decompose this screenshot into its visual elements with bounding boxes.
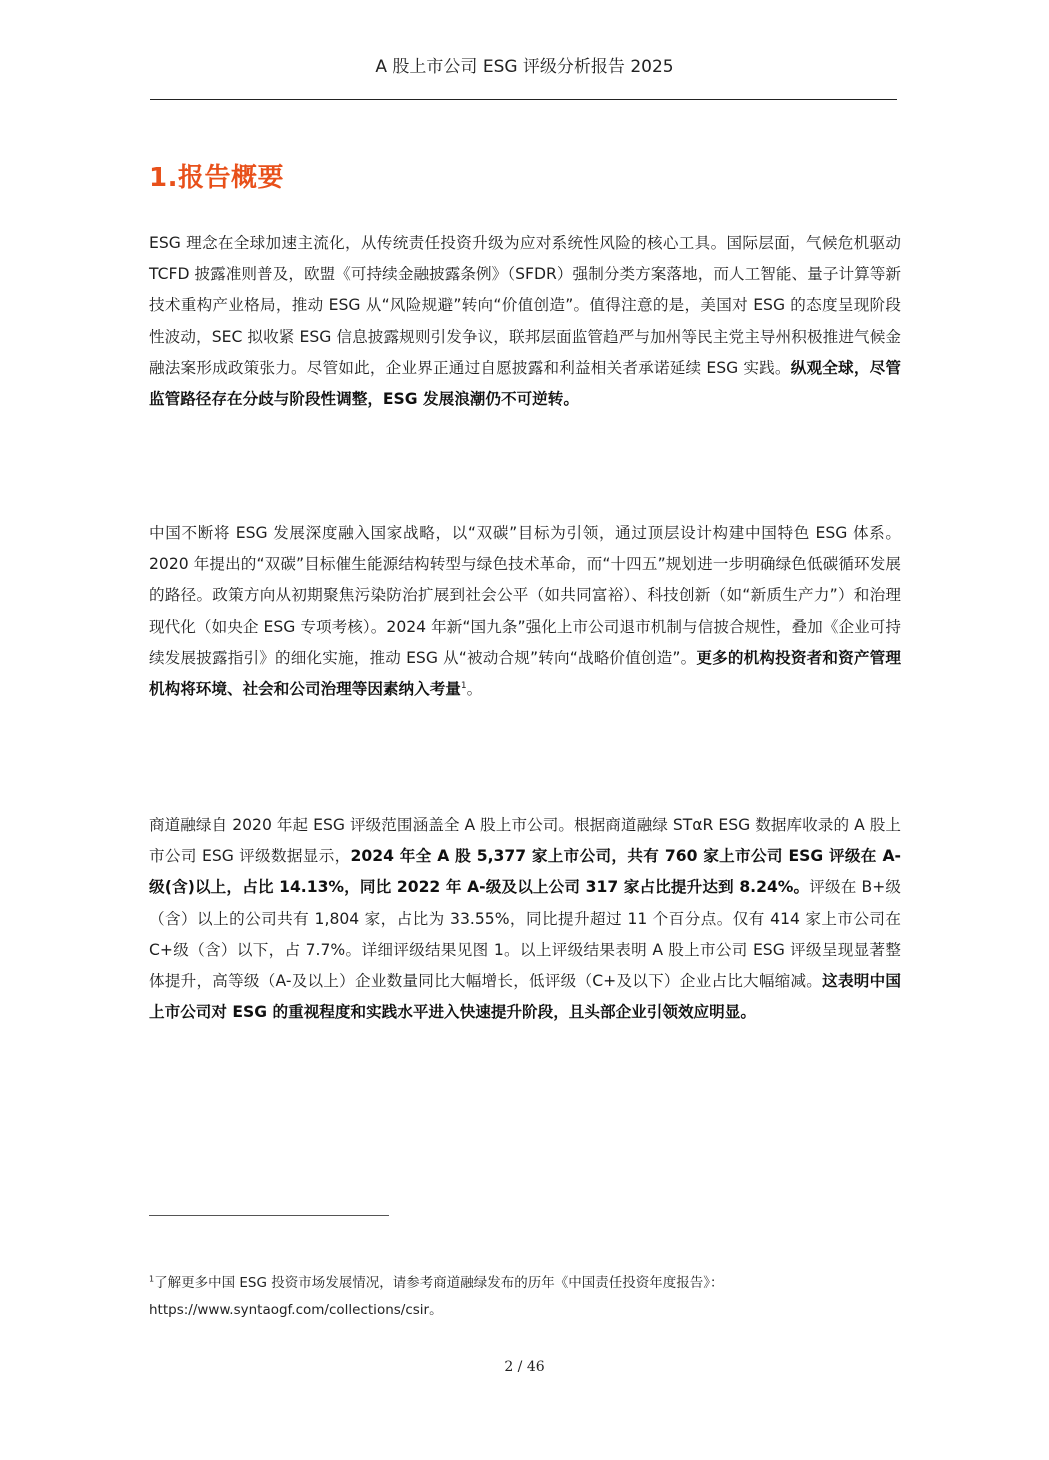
paragraph-tail: 。 [467,680,483,698]
paragraph-rating-results: 商道融绿自 2020 年起 ESG 评级范围涵盖全 A 股上市公司。根据商道融绿… [149,810,901,1028]
footnote-tail: 。 [429,1302,443,1318]
running-header: A 股上市公司 ESG 评级分析报告 2025 [0,52,1049,77]
paragraph-china-esg: 中国不断将 ESG 发展深度融入国家战略，以“双碳”目标为引领，通过顶层设计构建… [149,518,901,705]
footnote-link[interactable]: https://www.syntaogf.com/collections/csi… [149,1302,429,1318]
footnote-divider [149,1215,389,1216]
header-divider [150,99,897,100]
page-number: 2 / 46 [0,1359,1049,1375]
paragraph-text: 中国不断将 ESG 发展深度融入国家战略，以“双碳”目标为引领，通过顶层设计构建… [149,524,901,667]
footnote-text: 了解更多中国 ESG 投资市场发展情况，请参考商道融绿发布的历年《中国责任投资年… [154,1275,723,1291]
section-title: 1.报告概要 [149,157,284,194]
paragraph-text: ESG 理念在全球加速主流化，从传统责任投资升级为应对系统性风险的核心工具。国际… [149,234,901,377]
paragraph-global-esg: ESG 理念在全球加速主流化，从传统责任投资升级为应对系统性风险的核心工具。国际… [149,228,901,415]
footnote: 1了解更多中国 ESG 投资市场发展情况，请参考商道融绿发布的历年《中国责任投资… [149,1270,901,1324]
